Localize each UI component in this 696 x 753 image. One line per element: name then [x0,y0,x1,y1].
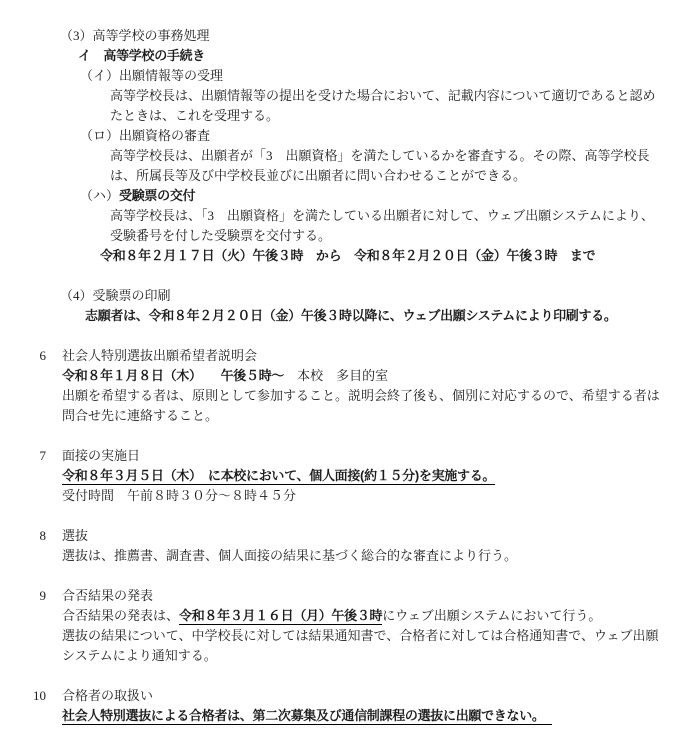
text-line: 選抜の結果について、中学校長に対しては結果通知書で、合格者に対しては合格通知書で… [62,626,696,646]
blank-line [0,326,696,346]
text-line: 令和８年３月５日（木） に本校において、個人面接(約１５分)を実施する。 [62,466,696,486]
text-segment: 高等学校長は、「3 出願資格」を満たしている出願者に対して、ウェブ出願システムに… [110,208,654,223]
blank-line [0,666,696,686]
item-number: 9 [32,586,46,606]
text-segment: システムにより通知する。 [62,648,217,663]
item-text: 面接の実施日 [62,448,140,463]
text-line: 選抜は、推薦書、調査書、個人面接の結果に基づく総合的な審査により行う。 [62,546,696,566]
text-line: は、所属長等及び中学校長並びに出願者に問い合わせることができる。 [110,166,696,186]
text-line: 高等学校長は、出願者が「3 出願資格」を満たしているかを審査する。その際、高等学… [110,146,696,166]
text-segment: 令和８年１月８日（木） 午後５時～ [62,368,284,383]
text-segment: 合否結果の発表 [62,588,153,603]
text-segment: （3）高等学校の事務処理 [60,28,210,43]
text-segment: 志願者は、令和８年２月２０日（金）午後３時以降に、ウェブ出願システムにより印刷す… [85,308,617,323]
blank-line [0,426,696,446]
text-segment: イ 高等学校の手続き [78,48,205,63]
text-segment: 社会人特別選抜による合格者は、第二次募集及び通信制課程の選抜に出願できない。 [62,708,552,725]
text-segment: 合格者の取扱い [62,688,153,703]
text-line: 令和８年２月１７日（火）午後３時 から 令和８年２月２０日（金）午後３時 まで [100,246,696,266]
text-segment: 出願を希望する者は、原則として参加すること。説明会終了後も、個別に対応するので、… [62,388,660,403]
text-segment: 高等学校長は、出願情報等の提出を受けた場合において、記載内容について適切であると… [110,88,655,103]
item-number: 8 [32,526,46,546]
item-text: 合格者の取扱い [62,688,153,703]
text-segment: （4）受験票の印刷 [60,288,171,303]
text-line: 志願者は、令和８年２月２０日（金）午後３時以降に、ウェブ出願システムにより印刷す… [85,306,696,326]
heading-line: （ハ）受験票の交付 [80,186,696,206]
heading-line: （ロ）出願資格の審査 [80,126,696,146]
text-segment: 令和８年２月１７日（火）午後３時 から 令和８年２月２０日（金）午後３時 まで [100,248,595,263]
text-segment: 受験番号を付した受験票を交付する。 [110,228,331,243]
numbered-item-line: 9合否結果の発表 [0,586,696,606]
numbered-item-line: 6社会人特別選抜出願希望者説明会 [0,346,696,366]
numbered-item-line: 8選抜 [0,526,696,546]
text-segment: 社会人特別選抜出願希望者説明会 [62,348,257,363]
blank-line [0,266,696,286]
text-segment: （イ）出願情報等の受理 [80,68,223,83]
text-line: 令和８年１月８日（木） 午後５時～ 本校 多目的室 [62,366,696,386]
heading-line: （3）高等学校の事務処理 [60,26,696,46]
text-line: 受験番号を付した受験票を交付する。 [110,226,696,246]
text-segment: 問合せ先に連絡すること。 [62,408,218,423]
text-segment: 受付時間 午前８時３０分～８時４５分 [62,488,296,503]
numbered-item-line: 10合格者の取扱い [0,686,696,706]
blank-line [0,506,696,526]
item-number: 10 [32,686,46,706]
heading-line: （4）受験票の印刷 [60,286,696,306]
document-page: （3）高等学校の事務処理イ 高等学校の手続き（イ）出願情報等の受理高等学校長は、… [0,0,696,726]
text-line: 社会人特別選抜による合格者は、第二次募集及び通信制課程の選抜に出願できない。 [62,706,696,726]
text-line: 受付時間 午前８時３０分～８時４５分 [62,486,696,506]
blank-line [0,566,696,586]
text-segment: 合否結果の発表は、 [62,608,179,623]
text-segment: 高等学校長は、出願者が「3 出願資格」を満たしているかを審査する。その際、高等学… [110,148,650,163]
text-line: 高等学校長は、出願情報等の提出を受けた場合において、記載内容について適切であると… [110,86,696,106]
text-line: たときは、これを受理する。 [110,106,696,126]
text-segment: にウェブ出願システムにおいて行う。 [382,608,601,623]
text-line: システムにより通知する。 [62,646,696,666]
numbered-item-line: 7面接の実施日 [0,446,696,466]
item-text: 選抜 [62,528,88,543]
text-segment: 選抜 [62,528,88,543]
text-segment: （ハ） [80,188,119,203]
text-segment: は、所属長等及び中学校長並びに出願者に問い合わせることができる。 [110,168,526,183]
text-segment: 選抜は、推薦書、調査書、個人面接の結果に基づく総合的な審査により行う。 [62,548,517,563]
document-body: （3）高等学校の事務処理イ 高等学校の手続き（イ）出願情報等の受理高等学校長は、… [0,26,696,726]
text-segment: 本校 多目的室 [284,368,388,383]
text-segment: 受験票の交付 [119,188,195,203]
text-segment: 令和８年３月１６日（月）午後３時 [179,608,382,625]
text-segment: 令和８年３月５日（木） に本校において、個人面接(約１５分)を実施する。 [62,468,495,485]
text-segment: 選抜の結果について、中学校長に対しては結果通知書で、合格者に対しては合格通知書で… [62,628,658,643]
text-line: 問合せ先に連絡すること。 [62,406,696,426]
item-number: 6 [32,346,46,366]
text-line: 高等学校長は、「3 出願資格」を満たしている出願者に対して、ウェブ出願システムに… [110,206,696,226]
item-number: 7 [32,446,46,466]
text-segment: （ロ）出願資格の審査 [80,128,210,143]
heading-line: （イ）出願情報等の受理 [80,66,696,86]
text-line: 出願を希望する者は、原則として参加すること。説明会終了後も、個別に対応するので、… [62,386,696,406]
text-line: 合否結果の発表は、令和８年３月１６日（月）午後３時にウェブ出願システムにおいて行… [62,606,696,626]
text-segment: たときは、これを受理する。 [110,108,279,123]
item-text: 社会人特別選抜出願希望者説明会 [62,348,257,363]
item-text: 合否結果の発表 [62,588,153,603]
text-segment: 面接の実施日 [62,448,140,463]
heading-line: イ 高等学校の手続き [78,46,696,66]
